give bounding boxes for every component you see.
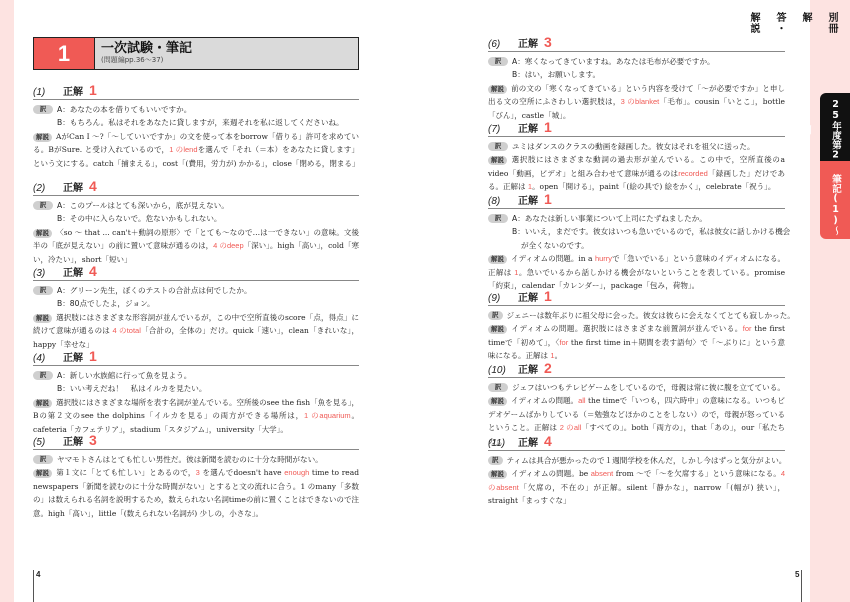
translation-text: ジェニーは数年ぶりに祖父母に会った。彼女は彼らに会えなくてとても寂しかった。 [507,309,795,322]
translation-badge: 訳 [33,286,53,295]
correct-label: 正解 [518,292,542,305]
translation-line: B：いい考えだね！ 私はイルカを見たい。 [33,382,359,395]
explanation-segment: イディオムの問題。選択肢にはさまざまな前置詞が並んでいる。 [511,324,743,333]
question-block: (9)正解1訳ジェニーは数年ぶりに祖父母に会った。彼女は彼らに会えなくてとても寂… [488,290,785,363]
highlighted-answer: for [743,324,752,333]
translation-line: B：もちろん。私はそれをあなたに貸しますが，来週それを私に返してくださいね。 [33,116,359,129]
question-heading: (3)正解4 [33,265,359,281]
question-block: (5)正解3訳ヤマモトさんはとても忙しい男性だ。彼は新聞を読むのに十分な時間がな… [33,434,359,520]
translation-line: 訳ユミはダンスのクラスの動画を録画した。彼女はそれを祖父に送った。 [488,140,785,153]
highlighted-answer: 2 のall [560,423,582,432]
question-heading: (4)正解1 [33,350,359,366]
section-subtitle: (問題編pp.36〜37) [101,56,192,65]
highlighted-answer: absent [591,469,614,478]
question-number: (5) [33,436,63,449]
question-number: (3) [33,267,63,280]
translation-text: ヤマモトさんはとても忙しい男性だ。彼は新聞を読むのに十分な時間がない。 [57,453,323,466]
section-title: 一次試験・筆記 [101,41,192,56]
translation-line: B：はい，お願いします。 [488,68,785,81]
section-header: 1 一次試験・筆記 (問題編pp.36〜37) [33,37,359,70]
question-number: (7) [488,123,518,136]
translation-text: が全くないのです。 [488,239,589,252]
highlighted-answer: 1 のaquarium [304,411,351,420]
explanation-badge: 解説 [488,470,507,479]
explanation-badge: 解説 [33,133,52,142]
translation-badge: 訳 [488,57,508,66]
highlighted-answer: 3 のblanket [621,97,660,106]
translation-line: 訳ジェフはいつもテレビゲームをしているので，母親は常に彼に腹を立てている。 [488,381,785,394]
translation-text: A：あなたは新しい事業について上司にたずねましたか。 [512,212,707,225]
explanation-badge: 解説 [488,397,507,406]
explanation-text: 解説イディオムの問題。be absent from 〜で「〜を欠席する」という意… [488,467,785,507]
question-number: (1) [33,86,63,99]
correct-label: 正解 [63,436,87,449]
translation-text: B：いい考えだね！ 私はイルカを見たい。 [33,382,207,395]
translation-line: 訳A：あなたは新しい事業について上司にたずねましたか。 [488,212,785,225]
translation-text: A：あなたの本を借りてもいいですか。 [57,103,191,116]
correct-label: 正解 [518,364,542,377]
translation-badge: 訳 [33,455,53,464]
explanation-segment: 。急いでいるから話しかける機会がないということを表している。promise「約束… [488,268,785,290]
explanation-badge: 解説 [488,325,507,334]
translation-line: B：その中に入らないで。危ないかもしれない。 [33,212,359,225]
translation-badge: 訳 [33,371,53,380]
translation-badge: 訳 [33,105,53,114]
question-number: (11) [488,437,518,450]
explanation-text: 解説選択肢にはさまざまな動詞の過去形が並んでいる。この中で，空所直後のa vid… [488,153,785,193]
answer-number: 1 [544,121,552,133]
explanation-badge: 解説 [488,156,507,165]
translation-badge: 訳 [488,383,508,392]
explanation-segment: を選んでdoesn't have [200,468,284,477]
translation-text: B：はい，お願いします。 [488,68,600,81]
translation-text: B：その中に入らないで。危ないかもしれない。 [33,212,222,225]
question-block: (1)正解1訳A：あなたの本を借りてもいいですか。B：もちろん。私はそれをあなた… [33,84,359,170]
explanation-text: 解説選択肢にはさまざまな場所を表す名詞が並んでいる。空所後のsee the fi… [33,396,359,436]
explanation-segment: イディオムの問題。 [511,396,578,405]
answer-number: 2 [544,362,552,374]
question-block: (7)正解1訳ユミはダンスのクラスの動画を録画した。彼女はそれを祖父に送った。解… [488,121,785,194]
answer-number: 3 [89,434,97,446]
translation-badge: 訳 [488,456,503,465]
translation-text: ジェフはいつもテレビゲームをしているので，母親は常に彼に腹を立てている。 [512,381,785,394]
explanation-text: 解説第１文に「とても忙しい」とあるので，3 を選んでdoesn't have e… [33,466,359,520]
translation-text: A：このプールはとても深いから，底が見えない。 [57,199,229,212]
translation-badge: 訳 [488,214,508,223]
translation-line: 訳A：新しい水族館に行って魚を見よう。 [33,369,359,382]
translation-line: が全くないのです。 [488,239,785,252]
explanation-badge: 解説 [33,229,52,238]
translation-line: B：いいえ，まだです。彼女はいつも急いでいるので，私は彼女に話しかける機会 [488,225,785,238]
translation-badge: 訳 [33,201,53,210]
question-heading: (1)正解1 [33,84,359,100]
answer-number: 3 [544,36,552,48]
translation-line: 訳A：グリーン先生，ぼくのテストの合計点は何でしたか。 [33,284,359,297]
translation-badge: 訳 [488,311,503,320]
question-number: (6) [488,38,518,51]
page-number-right: 5 [795,570,802,602]
side-tab-year[interactable]: 25年度第2回 [820,93,850,161]
translation-line: B：80点でしたよ，ジョン。 [33,297,359,310]
question-heading: (11)正解4 [488,435,785,451]
translation-text: A：新しい水族館に行って魚を見よう。 [57,369,191,382]
explanation-segment: 「欠席の，不在の」が正解。silent「静かな」，narrow「(幅が) 狭い」… [488,483,785,505]
explanation-text: 解説イディオムの問題。in a hurryで「急いでいる」という意味のイディオム… [488,252,785,292]
translation-text: B：いいえ，まだです。彼女はいつも急いでいるので，私は彼女に話しかける機会 [488,225,790,238]
question-number: (8) [488,195,518,208]
explanation-text: 解説選択肢にはさまざまな形容詞が並んでいるが，この中で空所直後のscore「点，… [33,311,359,351]
answer-number: 4 [89,265,97,277]
translation-text: ティムは具合が悪かったので１週間学校を休んだ，しかし今はずっと気分がよい。 [507,454,787,467]
question-block: (2)正解4訳A：このプールはとても深いから，底が見えない。B：その中に入らない… [33,180,359,266]
explanation-badge: 解説 [488,85,507,94]
left-margin-strip [0,0,14,602]
explanation-segment: イディオムの問題。in a [511,254,595,263]
question-number: (9) [488,292,518,305]
translation-line: 訳A：あなたの本を借りてもいいですか。 [33,103,359,116]
explanation-text: 解説前の文の「寒くなってきている」という内容を受けて「〜が必要ですか」と申し出る… [488,82,785,122]
correct-label: 正解 [63,86,87,99]
question-heading: (2)正解4 [33,180,359,196]
highlighted-answer: hurry [595,254,612,263]
correct-label: 正解 [518,123,542,136]
question-heading: (8)正解1 [488,193,785,209]
translation-text: A：グリーン先生，ぼくのテストの合計点は何でしたか。 [57,284,252,297]
answer-number: 4 [544,435,552,447]
answer-number: 1 [544,290,552,302]
explanation-segment: イディオムの問題。be [511,469,591,478]
answer-number: 1 [544,193,552,205]
question-heading: (7)正解1 [488,121,785,137]
question-block: (6)正解3訳A：寒くなってきていますね。あなたは毛布が必要ですか。B：はい，お… [488,36,785,122]
question-heading: (5)正解3 [33,434,359,450]
translation-badge: 訳 [488,142,508,151]
correct-label: 正解 [518,38,542,51]
translation-text: ユミはダンスのクラスの動画を録画した。彼女はそれを祖父に送った。 [512,140,755,153]
question-block: (3)正解4訳A：グリーン先生，ぼくのテストの合計点は何でしたか。B：80点でし… [33,265,359,351]
translation-text: B：80点でしたよ，ジョン。 [33,297,155,310]
highlighted-answer: 4 のtotal [113,326,141,335]
translation-text: B：もちろん。私はそれをあなたに貸しますが，来週それを私に返してくださいね。 [33,116,344,129]
translation-line: 訳A：寒くなってきていますね。あなたは毛布が必要ですか。 [488,55,785,68]
correct-label: 正解 [63,352,87,365]
page-number-left: 4 [33,570,40,602]
side-tab-book-title: 別冊 解答・解説 [818,12,844,34]
question-heading: (10)正解2 [488,362,785,378]
question-heading: (6)正解3 [488,36,785,52]
correct-label: 正解 [518,195,542,208]
question-number: (4) [33,352,63,365]
answer-number: 1 [89,350,97,362]
side-tab-section[interactable]: 筆記(1)〜(11) [820,161,850,239]
correct-label: 正解 [63,182,87,195]
explanation-badge: 解説 [488,255,507,264]
translation-text: A：寒くなってきていますね。あなたは毛布が必要ですか。 [512,55,715,68]
explanation-segment: from 〜で「〜を欠席する」という意味になる。 [613,469,781,478]
question-block: (11)正解4訳ティムは具合が悪かったので１週間学校を休んだ，しかし今はずっと気… [488,435,785,508]
highlighted-answer: recorded [678,169,708,178]
question-heading: (9)正解1 [488,290,785,306]
explanation-text: 解説〈so 〜 that ... can't＋動詞の原形〉で「とても〜なので…は… [33,226,359,266]
translation-line: 訳ティムは具合が悪かったので１週間学校を休んだ，しかし今はずっと気分がよい。 [488,454,785,467]
answer-number: 1 [89,84,97,96]
explanation-badge: 解説 [33,314,52,323]
highlighted-answer: 1 のlend [169,145,197,154]
question-block: (8)正解1訳A：あなたは新しい事業について上司にたずねましたか。B：いいえ，ま… [488,193,785,292]
explanation-text: 解説イディオムの問題。選択肢にはさまざまな前置詞が並んでいる。for the f… [488,322,785,362]
explanation-badge: 解説 [33,469,52,478]
explanation-text: 解説AがCan I 〜?「〜していいですか」の文を使って本をborrow「借りる… [33,130,359,170]
question-number: (10) [488,364,518,377]
highlighted-answer: all [578,396,586,405]
section-number: 1 [34,38,95,69]
highlighted-answer: 4 のdeep [213,241,243,250]
explanation-segment: 第１文に「とても忙しい」とあるので， [56,468,196,477]
correct-label: 正解 [63,267,87,280]
question-block: (4)正解1訳A：新しい水族館に行って魚を見よう。B：いい考えだね！ 私はイルカ… [33,350,359,436]
translation-line: 訳ヤマモトさんはとても忙しい男性だ。彼は新聞を読むのに十分な時間がない。 [33,453,359,466]
question-number: (2) [33,182,63,195]
translation-line: 訳ジェニーは数年ぶりに祖父母に会った。彼女は彼らに会えなくてとても寂しかった。 [488,309,785,322]
explanation-segment: 。open「開ける」，paint「(絵の具で) 絵をかく」，celebrate「… [532,182,775,191]
highlighted-answer: for [559,338,568,347]
explanation-badge: 解説 [33,399,52,408]
explanation-segment: 。 [555,351,563,360]
highlighted-answer: enough [284,468,309,477]
answer-number: 4 [89,180,97,192]
right-margin-strip [810,0,850,602]
translation-line: 訳A：このプールはとても深いから，底が見えない。 [33,199,359,212]
correct-label: 正解 [518,437,542,450]
